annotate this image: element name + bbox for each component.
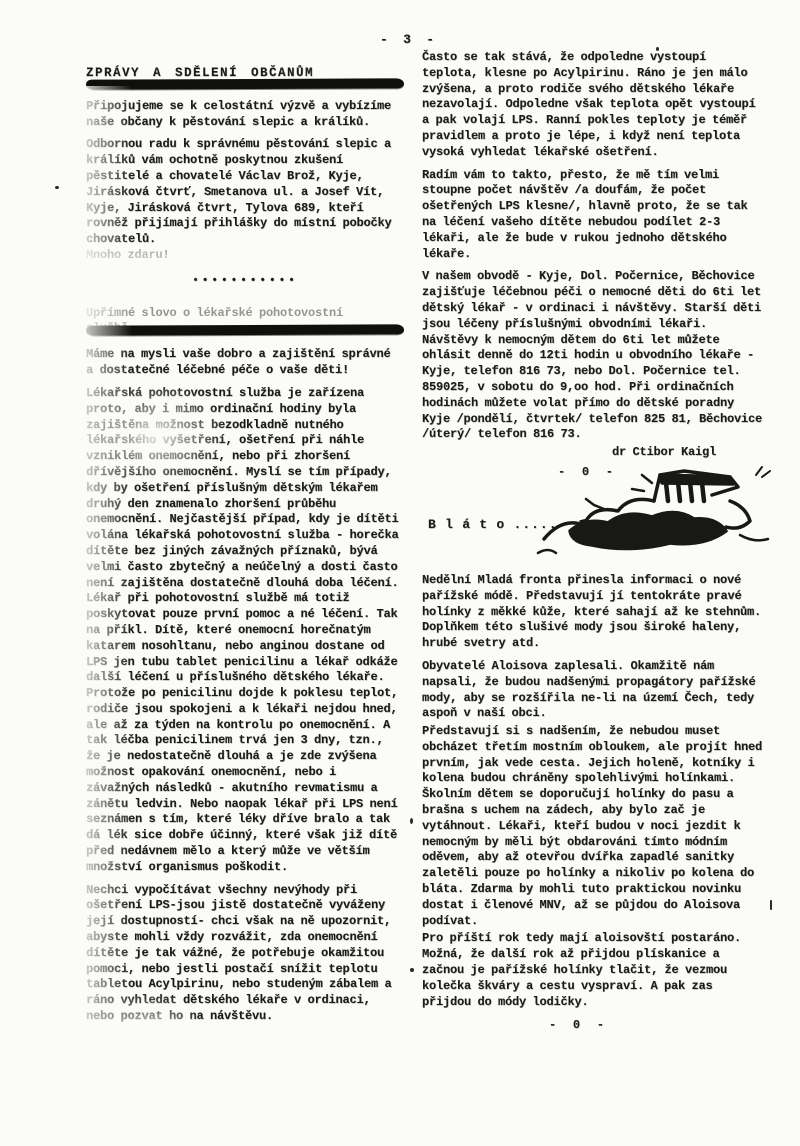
paragraph: Radím vám to takto, přesto, že mě tím ve… <box>422 168 766 263</box>
paragraph: Představují si s nadšením, že nebudou mu… <box>422 724 766 929</box>
section-divider: - 0 - <box>407 1018 751 1034</box>
paragraph: V našem obvodě - Kyje, Dol. Počernice, B… <box>422 269 766 443</box>
paragraph: Obyvatelé Aloisova zaplesali. Okamžitě n… <box>422 659 766 722</box>
paragraph: Lékařská pohotovostní služba je zařízena… <box>86 386 404 876</box>
paragraph: Často se tak stává, že odpoledne vystoup… <box>422 50 766 161</box>
paragraph: Odbornou radu k správnému pěstování slep… <box>86 137 404 248</box>
blato-heading: B l á t o ..... <box>428 517 558 533</box>
ink-speck <box>410 818 413 824</box>
mud-boots-illustration <box>534 461 772 565</box>
scanned-newsletter-page: - 3 - ZPRÁVY A SDĚLENÍ OBČANŮM Připojuje… <box>0 0 800 1146</box>
paragraph: Máme na mysli vaše dobro a zajištění spr… <box>86 347 404 379</box>
paragraph: Připojujeme se k celostátní výzvě a vybí… <box>86 99 404 131</box>
dot-separator: ••••••••••• <box>86 274 404 290</box>
ink-speck <box>656 47 659 51</box>
section-heading-zpravy: ZPRÁVY A SDĚLENÍ OBČANŮM <box>86 66 404 89</box>
right-column: Často se tak stává, že odpoledne vystoup… <box>422 50 766 1034</box>
section-heading-lps: Upřímné slovo o lékařské pohotovostní sl… <box>86 306 404 338</box>
heading-underline-bar <box>86 78 404 89</box>
paragraph: Nedělní Mladá fronta přinesla informaci … <box>422 573 766 652</box>
paragraph: Nechci vypočítávat všechny nevýhody při … <box>86 883 404 1025</box>
ink-speck <box>410 968 414 972</box>
section-heading-lps-line1: Upřímné slovo o lékařské pohotovostní <box>86 306 404 322</box>
closing-line: Mnoho zdaru! <box>86 248 404 264</box>
heading-underline-bar <box>86 325 404 336</box>
page-number: - 3 - <box>380 32 438 48</box>
blato-section-header: - 0 - B l á t o ... <box>422 465 766 569</box>
left-column: ZPRÁVY A SDĚLENÍ OBČANŮM Připojujeme se … <box>86 66 404 1032</box>
section-heading-lps-line2: službě <box>86 321 404 337</box>
signature: dr Ctibor Kaigl <box>422 445 766 461</box>
ink-speck <box>770 900 772 910</box>
ink-speck <box>55 186 59 189</box>
paragraph: Pro příští rok tedy mají aloisovští post… <box>422 931 766 1010</box>
